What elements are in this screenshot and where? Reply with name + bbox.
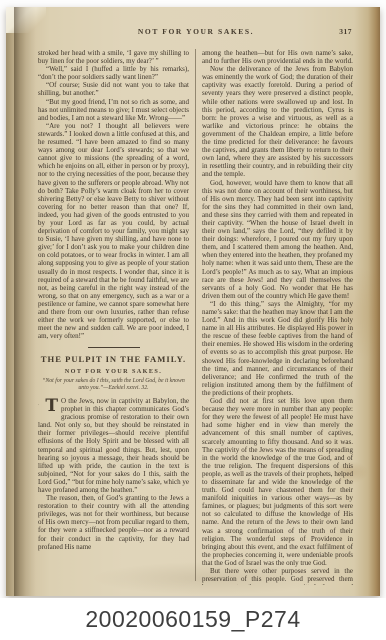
- paragraph-text: O the Jews, now in captivity at Babylon,…: [38, 397, 189, 494]
- running-header: NOT FOR YOUR SAKES. 317: [38, 27, 354, 43]
- archive-id-footer: 20020060159_P274: [0, 598, 386, 640]
- paragraph: “But my good friend, I’m not so rich as …: [38, 98, 189, 122]
- section-subtitle: NOT FOR YOUR SAKES.: [38, 368, 189, 375]
- paragraph: “Of course; Susie did not want you to ta…: [38, 81, 189, 97]
- ornamental-initial: ❦T: [38, 398, 58, 415]
- page-number: 317: [339, 27, 352, 36]
- page-gutter-shadow: [14, 7, 36, 596]
- section-divider-rule: [88, 347, 140, 348]
- section-title: THE PULPIT IN THE FAMILY.: [38, 354, 189, 364]
- right-column: among the heathen—but for His own name’s…: [202, 49, 353, 585]
- column-divider-rule: [195, 49, 196, 581]
- page-content: NOT FOR YOUR SAKES. 317 stroked her head…: [38, 27, 354, 583]
- paragraph: “I do this thing,” says the Almighty, “f…: [202, 300, 353, 397]
- paragraph: “Well,” said I (huffed a little by his r…: [38, 65, 189, 81]
- scanned-book-photo: NOT FOR YOUR SAKES. 317 stroked her head…: [0, 0, 386, 640]
- paragraph: God, however, would have them to know th…: [202, 179, 353, 300]
- section-epigraph: “Not for your sakes do I this, saith the…: [42, 378, 185, 392]
- paragraph: Now the deliverance of the Jews from Bab…: [202, 65, 353, 178]
- paragraph: The reason, then, of God’s granting to t…: [38, 494, 189, 551]
- book-page: NOT FOR YOUR SAKES. 317 stroked her head…: [6, 7, 380, 596]
- paragraph: among the heathen—but for His own name’s…: [202, 49, 353, 65]
- epigraph-source: Ezekiel xxxvi. 32.: [108, 385, 148, 391]
- drop-cap-letter: T: [45, 396, 58, 416]
- floral-ornament-icon: ❦: [38, 399, 41, 409]
- section-opening-paragraph: ❦TO the Jews, now in captivity at Babylo…: [38, 397, 189, 494]
- left-column: stroked her head with a smile, ‘I gave m…: [38, 49, 189, 585]
- paragraph: stroked her head with a smile, ‘I gave m…: [38, 49, 189, 65]
- running-header-title: NOT FOR YOUR SAKES.: [38, 27, 354, 36]
- two-column-text: stroked her head with a smile, ‘I gave m…: [38, 49, 354, 585]
- paragraph: But there were other purposes served in …: [202, 567, 353, 585]
- paragraph: “Are you not? I thought all believers we…: [38, 122, 189, 341]
- paragraph: God did not at first set His love upon t…: [202, 397, 353, 567]
- archive-id-text: 20020060159_P274: [85, 606, 300, 633]
